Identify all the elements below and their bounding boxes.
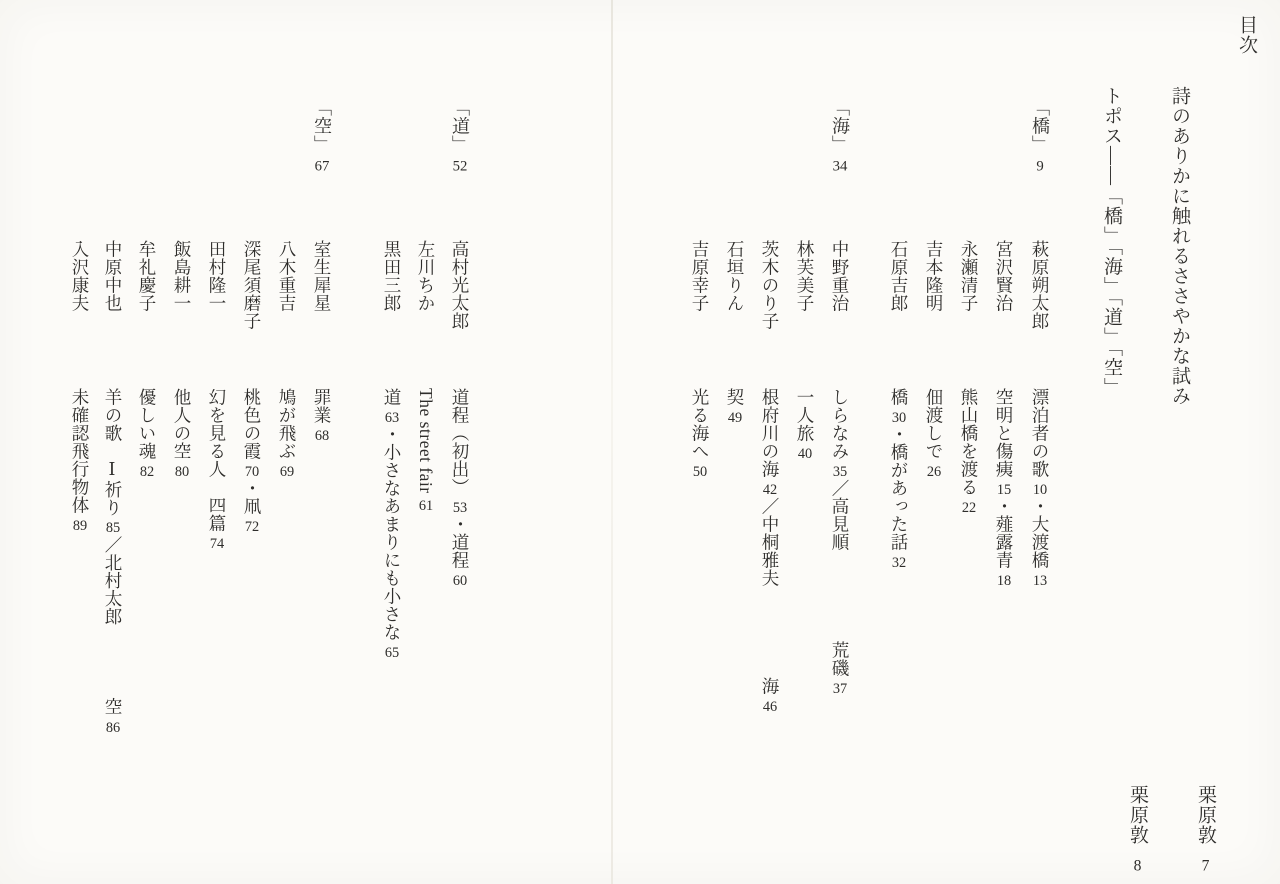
toc-entry-works: 道程（初出） 53・道程 60: [448, 388, 472, 588]
intro-essay-byline: 栗原敦8: [1098, 762, 1176, 874]
intro-essay-author: 栗原敦: [1127, 785, 1148, 845]
toc-entry-author: 左川ちか: [414, 240, 438, 312]
intro-essay-author: 栗原敦: [1195, 785, 1216, 845]
toc-entry-author: 林芙美子: [793, 240, 817, 312]
toc-entry-author: 室生犀星: [310, 240, 334, 312]
toc-entry-works: 光る海へ 50: [688, 388, 712, 479]
toc-entry-works: 佃渡しで 26: [922, 388, 946, 479]
page-gutter: [611, 0, 613, 884]
toc-entry-author: 永瀬清子: [957, 240, 981, 312]
toc-entry-author: 石垣りん: [723, 240, 747, 312]
section-header-bridge: 「橋」 9: [1028, 98, 1052, 173]
section-header-sea: 「海」 34: [828, 98, 852, 173]
intro-essay-title: トポス――「橋」「海」「道」「空」: [1098, 86, 1124, 398]
intro-essay-byline: 栗原敦7: [1166, 762, 1244, 874]
intro-essay-title: 詩のありかに触れるささやかな試み: [1166, 86, 1192, 406]
toc-entry-works: 熊山橋を渡る 22: [957, 388, 981, 515]
toc-entry-works: 鳩が飛ぶ 69: [275, 388, 299, 479]
toc-entry-author: 田村隆一: [205, 240, 229, 312]
toc-entry-works: 罪業 68: [310, 388, 334, 443]
toc-entry-works: 橋 30・橋があった話 32: [887, 388, 911, 570]
toc-entry-author: 牟礼慶子: [135, 240, 159, 312]
book-spread: 目次 詩のありかに触れるささやかな試み 栗原敦7 トポス――「橋」「海」「道」「…: [0, 0, 1280, 884]
toc-entry-works: 未確認飛行物体 89: [68, 388, 92, 533]
toc-entry-works: 根府川の海 42／中桐雅夫 海 46: [758, 388, 782, 714]
toc-page-title: 目次: [1233, 15, 1259, 55]
toc-entry-works: 漂泊者の歌 10・大渡橋 13: [1028, 388, 1052, 588]
toc-entry-author: 入沢康夫: [68, 240, 92, 312]
toc-entry-author: 中原中也: [101, 240, 125, 312]
toc-entry-author: 萩原朔太郎: [1028, 240, 1052, 330]
toc-entry-works: 契 49: [723, 388, 747, 425]
toc-entry-author: 吉原幸子: [688, 240, 712, 312]
toc-entry-author: 中野重治: [828, 240, 852, 312]
toc-entry-works: しらなみ 35／高見順 荒磯 37: [828, 388, 852, 696]
toc-entry-author: 八木重吉: [275, 240, 299, 312]
toc-entry-author: 深尾須磨子: [240, 240, 264, 330]
intro-essay-page-number: 8: [1127, 858, 1148, 874]
toc-entry-works: 優しい魂 82: [135, 388, 159, 479]
toc-entry-works: 桃色の霞 70・凧 72: [240, 388, 264, 534]
toc-entry-author: 黒田三郎: [380, 240, 404, 312]
toc-entry-works: 羊の歌 Ⅰ祈り 85／北村太郎 空 86: [101, 388, 125, 735]
toc-entry-works: 幻を見る人 四篇 74: [205, 388, 229, 551]
toc-entry-author: 飯島耕一: [170, 240, 194, 312]
toc-entry-works: 一人旅 40: [793, 388, 817, 461]
intro-essay-page-number: 7: [1195, 858, 1216, 874]
toc-entry-author: 茨木のり子: [758, 240, 782, 330]
toc-entry-author: 高村光太郎: [448, 240, 472, 330]
toc-entry-author: 吉本隆明: [922, 240, 946, 312]
toc-entry-works: The street fair 61: [414, 388, 438, 513]
toc-entry-author: 宮沢賢治: [992, 240, 1016, 312]
toc-entry-works: 他人の空 80: [170, 388, 194, 479]
toc-entry-works: 空明と傷痍 15・薤露青 18: [992, 388, 1016, 588]
section-header-road: 「道」 52: [448, 98, 472, 173]
toc-entry-works: 道 63・小さなあまりにも小さな 65: [380, 388, 404, 660]
section-header-sky: 「空」 67: [310, 98, 334, 173]
toc-entry-author: 石原吉郎: [887, 240, 911, 312]
